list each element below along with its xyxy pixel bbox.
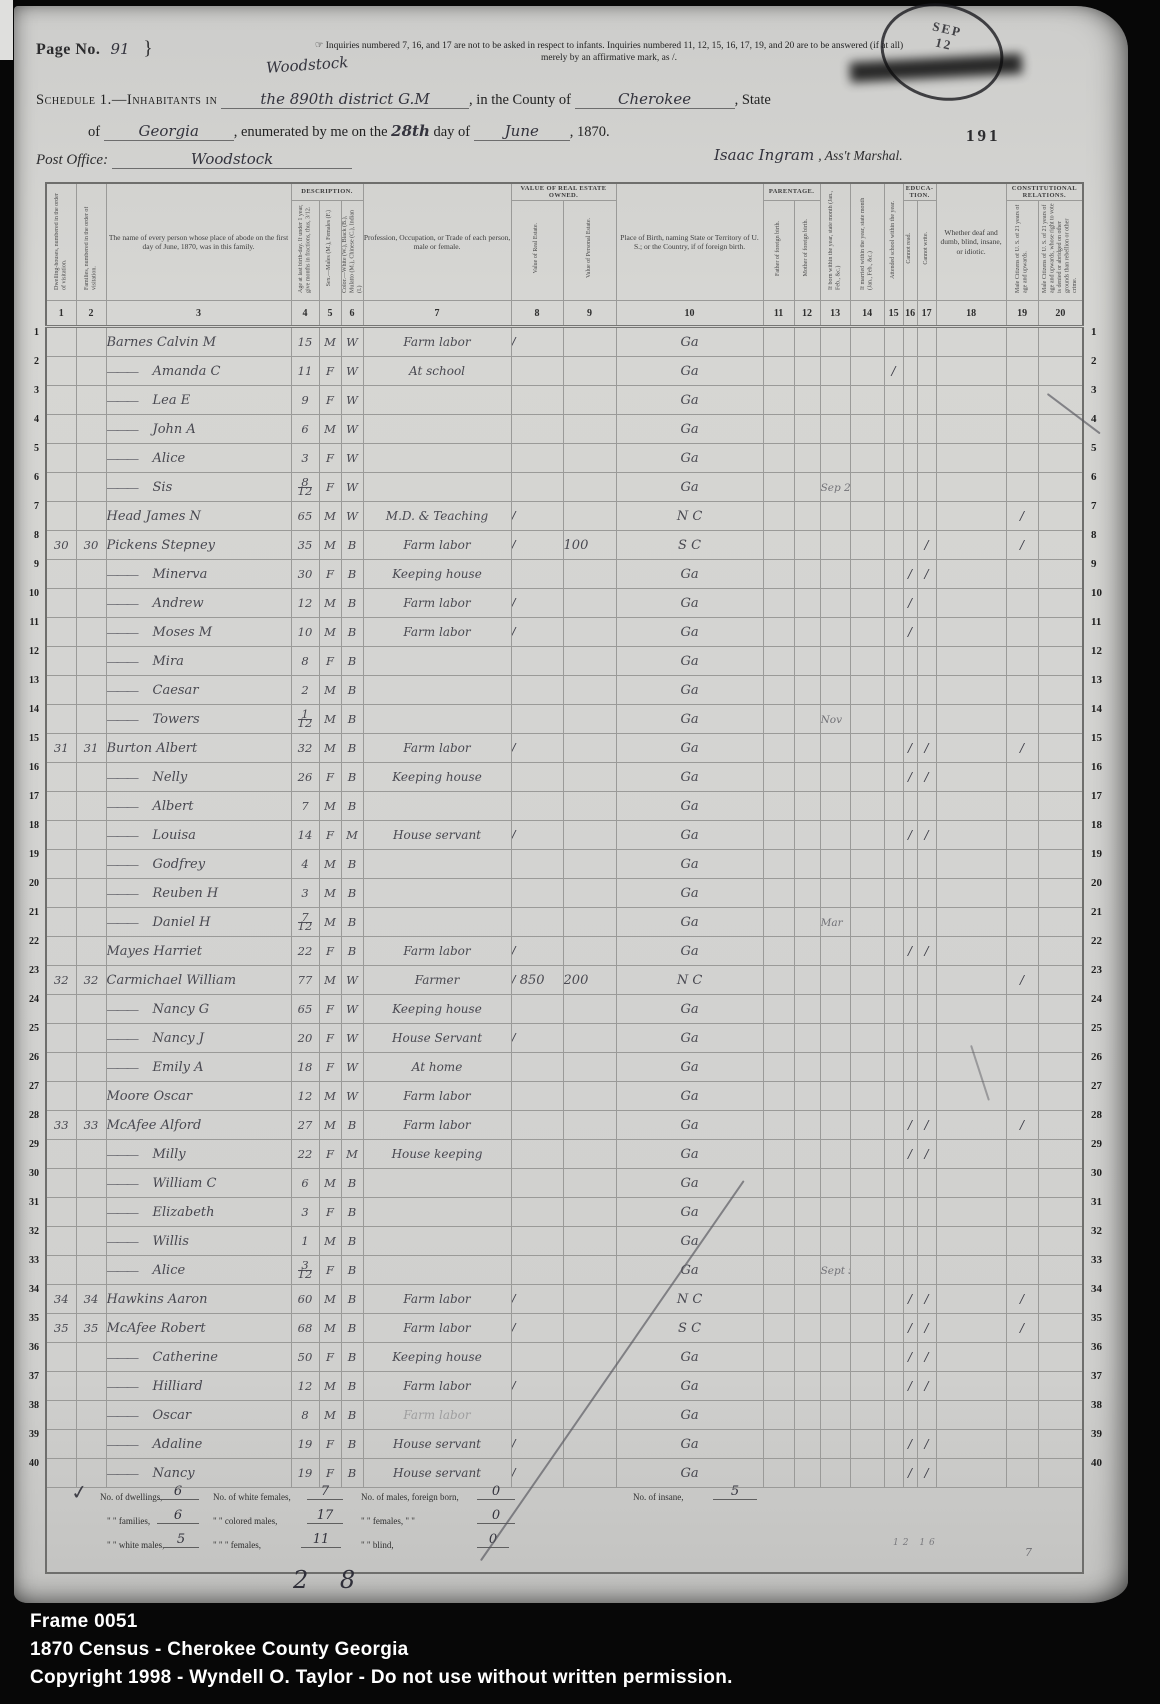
cell-sex: F [319,1198,341,1227]
cell-sex: M [319,966,341,995]
cell-birthplace: Ga [616,386,763,415]
col-header-male-citizens-denied: Male Citizens of U. S. of 21 years of ag… [1038,201,1083,301]
cell-age: 1 [291,1227,319,1256]
cell-married-month [850,908,884,937]
cell-mother-foreign [794,589,820,618]
cell-age: 60 [291,1285,319,1314]
cell-citizen: / [1006,1111,1038,1140]
cell-color: B [341,676,363,705]
cell-mother-foreign [794,1140,820,1169]
cell-married-month [850,502,884,531]
cell-real-estate [511,1401,563,1430]
cell-personal-estate [563,357,616,386]
cell-father-foreign [763,1401,794,1430]
cell-real-estate: / [511,821,563,850]
table-row: ———Nelly26FBKeeping houseGa// [46,763,1083,792]
cell-color: B [341,560,363,589]
cell-sex: M [319,908,341,937]
row-number: 28 [1084,1101,1110,1130]
cell-attended-school [884,908,903,937]
cell-occupation [363,1198,511,1227]
cell-mother-foreign [794,995,820,1024]
cell-disabilities [936,1401,1006,1430]
cell-father-foreign [763,473,794,502]
cell-disabilities [936,415,1006,444]
row-number: 22 [1084,927,1110,956]
cell-citizen: / [1006,1314,1038,1343]
cell-attended-school [884,879,903,908]
cell-age: 27 [291,1111,319,1140]
cell-name: ———Sis [106,473,291,502]
cell-born-month [820,676,850,705]
row-number: 31 [1084,1188,1110,1217]
cell-born-month [820,502,850,531]
cell-dwelling-no [46,1082,76,1111]
cell-cannot-read [903,531,917,560]
cell-mother-foreign [794,531,820,560]
col-header-cannot-write: Cannot write. [917,201,936,301]
cell-family-no [76,1198,106,1227]
cell-dwelling-no: 33 [46,1111,76,1140]
cell-color: W [341,327,363,357]
cell-birthplace: Ga [616,473,763,502]
row-number: 9 [1084,550,1110,579]
cell-age: 4 [291,850,319,879]
cell-citizen-denied [1038,647,1083,676]
cell-disabilities [936,531,1006,560]
cell-attended-school [884,763,903,792]
cell-cannot-write: / [917,821,936,850]
cell-cannot-read [903,386,917,415]
cell-name: ———Louisa [106,821,291,850]
cell-married-month [850,1256,884,1285]
females-foreign-label: " " females, " " [361,1516,415,1526]
table-row: ———Minerva30FBKeeping houseGa// [46,560,1083,589]
row-number: 40 [1084,1449,1110,1478]
cell-family-no [76,676,106,705]
cell-birthplace: Ga [616,821,763,850]
colored-females-label: " " " females, [213,1540,261,1550]
cell-citizen [1006,705,1038,734]
table-row: Barnes Calvin M15MWFarm labor/Ga [46,327,1083,357]
district-value: the 890th district G.M [221,90,469,109]
cell-citizen-denied [1038,357,1083,386]
row-number: 13 [16,666,42,695]
row-number: 11 [1084,608,1110,637]
cell-cannot-read [903,1227,917,1256]
column-number: 3 [106,301,291,327]
cell-father-foreign [763,995,794,1024]
cell-real-estate [511,1053,563,1082]
cell-occupation: M.D. & Teaching [363,502,511,531]
cell-mother-foreign [794,705,820,734]
cell-name: ———Daniel H [106,908,291,937]
cell-disabilities [936,1082,1006,1111]
cell-born-month [820,618,850,647]
cell-personal-estate [563,415,616,444]
county-value: Cherokee [575,90,735,109]
cell-color: M [341,821,363,850]
col-header-sex: Sex.—Males (M.), Females (F.) [319,201,341,301]
cell-born-month [820,1198,850,1227]
cell-cannot-write [917,1053,936,1082]
cell-married-month [850,531,884,560]
group-description: Description. [291,183,363,201]
cell-born-month [820,763,850,792]
cell-name: ———Nancy G [106,995,291,1024]
cell-occupation [363,850,511,879]
cell-father-foreign [763,1430,794,1459]
scribble-7: 7 [1025,1546,1032,1559]
cell-family-no: 30 [76,531,106,560]
table-row: Head James N65MWM.D. & Teaching/N C/ [46,502,1083,531]
post-office-label: Post Office: [36,152,108,168]
cell-father-foreign [763,792,794,821]
row-number: 40 [16,1449,42,1478]
cell-real-estate: / [511,1285,563,1314]
cell-real-estate [511,1256,563,1285]
column-number: 14 [850,301,884,327]
cell-age: 20 [291,1024,319,1053]
cell-family-no [76,850,106,879]
cell-father-foreign [763,1198,794,1227]
cell-cannot-write [917,1169,936,1198]
brace: } [144,38,153,59]
cell-sex: M [319,792,341,821]
cell-citizen-denied [1038,1401,1083,1430]
cell-cannot-read [903,995,917,1024]
cell-real-estate [511,1111,563,1140]
cell-married-month [850,560,884,589]
cell-born-month [820,1285,850,1314]
cell-family-no: 34 [76,1285,106,1314]
cell-family-no [76,647,106,676]
cell-mother-foreign [794,1024,820,1053]
cell-citizen-denied [1038,1140,1083,1169]
cell-mother-foreign [794,1372,820,1401]
cell-citizen-denied [1038,705,1083,734]
group-constitutional: Constitutional Relations. [1006,183,1083,201]
cell-birthplace: Ga [616,995,763,1024]
cell-birthplace: Ga [616,1053,763,1082]
cell-birthplace: S C [616,531,763,560]
cell-attended-school: / [884,357,903,386]
cell-born-month [820,1082,850,1111]
cell-married-month [850,618,884,647]
cell-attended-school [884,1401,903,1430]
row-number: 34 [16,1275,42,1304]
row-number: 16 [16,753,42,782]
cell-citizen [1006,386,1038,415]
cell-name: ———Elizabeth [106,1198,291,1227]
cell-age: 26 [291,763,319,792]
cell-personal-estate [563,937,616,966]
day-of-label: day of [434,124,471,140]
cell-born-month [820,560,850,589]
col-header-real-estate: Value of Real Estate. [511,201,563,301]
cell-citizen-denied [1038,444,1083,473]
cell-family-no: 35 [76,1314,106,1343]
cell-personal-estate [563,1053,616,1082]
cell-citizen-denied [1038,1256,1083,1285]
cell-citizen [1006,473,1038,502]
col-header-age: Age at last birth-day. If under 1 year, … [291,201,319,301]
cell-father-foreign [763,705,794,734]
cell-father-foreign [763,821,794,850]
stamp-day: 12 [934,34,954,52]
cell-age: 22 [291,937,319,966]
cell-citizen [1006,357,1038,386]
enumerated-label: , enumerated by me on the [234,124,388,140]
cell-disabilities [936,792,1006,821]
cell-color: B [341,531,363,560]
cell-citizen-denied [1038,1024,1083,1053]
cell-citizen [1006,1227,1038,1256]
col-header-mother-foreign: Mother of foreign birth. [794,201,820,301]
cell-age: 15 [291,327,319,357]
cell-married-month [850,327,884,357]
table-row: ———Nancy G65FWKeeping houseGa [46,995,1083,1024]
cell-color: B [341,1169,363,1198]
cell-citizen [1006,618,1038,647]
cell-age: 712 [291,908,319,937]
cell-disabilities [936,444,1006,473]
cell-sex: F [319,647,341,676]
cell-citizen [1006,327,1038,357]
white-females-value: 7 [307,1484,343,1500]
cell-personal-estate [563,763,616,792]
cell-name: ———Towers [106,705,291,734]
row-number: 19 [16,840,42,869]
cell-sex: F [319,1430,341,1459]
cell-married-month [850,1343,884,1372]
cell-father-foreign [763,386,794,415]
cell-color: W [341,1082,363,1111]
table-row: ———Elizabeth3FBGa [46,1198,1083,1227]
cell-mother-foreign [794,908,820,937]
cell-citizen [1006,589,1038,618]
col-header-disabilities: Whether deaf and dumb, blind, insane, or… [936,183,1006,301]
cell-occupation: Farm labor [363,1082,511,1111]
cell-married-month [850,966,884,995]
cell-age: 812 [291,473,319,502]
cell-real-estate [511,763,563,792]
cell-citizen-denied [1038,1169,1083,1198]
row-number: 29 [1084,1130,1110,1159]
cell-cannot-write [917,850,936,879]
footer-tally: ✓ No. of dwellings, 6 No. of white femal… [45,1478,1082,1598]
scan-edge-sliver [0,0,13,60]
cell-mother-foreign [794,966,820,995]
cell-cannot-write [917,879,936,908]
cell-citizen-denied [1038,1053,1083,1082]
cell-cannot-write: / [917,937,936,966]
cell-dwelling-no [46,502,76,531]
dwellings-label: No. of dwellings, [100,1492,163,1502]
cell-family-no [76,1227,106,1256]
cell-cannot-read [903,676,917,705]
white-males-label: " " white males, [107,1540,164,1550]
cell-attended-school [884,995,903,1024]
table-row: ———Moses M10MBFarm labor/Ga/ [46,618,1083,647]
col-header-families: Families, numbered in the order of visit… [76,183,106,301]
cell-attended-school [884,444,903,473]
cell-birthplace: Ga [616,618,763,647]
row-number: 1 [1084,318,1110,347]
insane-label: No. of insane, [633,1492,684,1502]
cell-cannot-read [903,1401,917,1430]
cell-citizen [1006,1430,1038,1459]
cell-family-no [76,705,106,734]
cell-mother-foreign [794,763,820,792]
row-number: 30 [16,1159,42,1188]
cell-attended-school [884,705,903,734]
cell-occupation [363,647,511,676]
cell-occupation: House servant [363,1430,511,1459]
cell-mother-foreign [794,647,820,676]
county-label: , in the County of [469,92,571,108]
cell-citizen [1006,850,1038,879]
cell-born-month [820,415,850,444]
cell-mother-foreign [794,357,820,386]
cell-born-month [820,327,850,357]
row-number: 25 [1084,1014,1110,1043]
cell-father-foreign [763,1024,794,1053]
cell-attended-school [884,937,903,966]
cell-birthplace: Ga [616,1111,763,1140]
cell-age: 12 [291,1372,319,1401]
table-row: ———John A6MWGa [46,415,1083,444]
cell-sex: M [319,327,341,357]
cell-cannot-read: / [903,821,917,850]
cell-dwelling-no [46,386,76,415]
cell-color: M [341,1140,363,1169]
cell-personal-estate [563,1256,616,1285]
cell-personal-estate [563,502,616,531]
cell-cannot-write: / [917,763,936,792]
cell-attended-school [884,966,903,995]
cell-dwelling-no [46,676,76,705]
cell-dwelling-no [46,879,76,908]
cell-age: 18 [291,1053,319,1082]
table-row: ———Catherine50FBKeeping houseGa// [46,1343,1083,1372]
cell-color: B [341,1430,363,1459]
cell-mother-foreign [794,560,820,589]
table-row: 3434Hawkins Aaron60MBFarm labor/N C/// [46,1285,1083,1314]
white-males-value: 5 [163,1532,199,1548]
cell-real-estate [511,676,563,705]
cell-family-no [76,589,106,618]
cell-father-foreign [763,1140,794,1169]
cell-name: ———William C [106,1169,291,1198]
cell-occupation: Farm labor [363,589,511,618]
table-row: ———Alice312FBGaSept 5 p [46,1256,1083,1285]
cell-disabilities [936,879,1006,908]
cell-cannot-write [917,966,936,995]
cell-married-month [850,1314,884,1343]
cell-disabilities [936,502,1006,531]
cell-citizen-denied [1038,966,1083,995]
table-row: ———Mira8FBGa [46,647,1083,676]
col-header-father-foreign: Father of foreign birth. [763,201,794,301]
cell-occupation: Farm labor [363,937,511,966]
cell-personal-estate [563,386,616,415]
table-row: Moore Oscar12MWFarm laborGa [46,1082,1083,1111]
cell-sex: M [319,1111,341,1140]
cell-occupation [363,792,511,821]
cell-attended-school [884,1285,903,1314]
column-number: 2 [76,301,106,327]
cell-occupation: Farm labor [363,1372,511,1401]
cell-mother-foreign [794,1111,820,1140]
cell-citizen-denied [1038,1082,1083,1111]
cell-personal-estate [563,995,616,1024]
col-header-name: The name of every person whose place of … [106,183,291,301]
column-number: 8 [511,301,563,327]
cell-sex: M [319,734,341,763]
cell-cannot-write: / [917,734,936,763]
cell-cannot-write: / [917,560,936,589]
cell-dwelling-no [46,415,76,444]
cell-citizen-denied [1038,1430,1083,1459]
cell-attended-school [884,502,903,531]
cell-name: ———Alice [106,444,291,473]
cell-family-no [76,618,106,647]
cell-color: B [341,705,363,734]
of-label: of [88,124,100,140]
cell-name: Hawkins Aaron [106,1285,291,1314]
table-row: ———Towers112MBGaNov [46,705,1083,734]
cell-cannot-write [917,386,936,415]
row-number: 36 [16,1333,42,1362]
cell-sex: F [319,357,341,386]
cell-personal-estate [563,821,616,850]
cell-dwelling-no [46,1169,76,1198]
cell-married-month [850,415,884,444]
cell-mother-foreign [794,1314,820,1343]
cell-disabilities [936,995,1006,1024]
cell-married-month [850,647,884,676]
cell-name: Head James N [106,502,291,531]
row-number: 35 [16,1304,42,1333]
cell-father-foreign [763,966,794,995]
cell-disabilities [936,1285,1006,1314]
cell-married-month [850,1024,884,1053]
cell-personal-estate [563,1198,616,1227]
cell-married-month [850,473,884,502]
cell-citizen-denied [1038,1111,1083,1140]
col-header-male-citizens: Male Citizens of U. S. of 21 years of ag… [1006,201,1038,301]
cell-real-estate [511,850,563,879]
cell-occupation: Farm labor [363,734,511,763]
cell-personal-estate [563,1169,616,1198]
cell-dwelling-no [46,618,76,647]
cell-cannot-write [917,444,936,473]
cell-family-no [76,995,106,1024]
cell-citizen [1006,763,1038,792]
cell-color: B [341,937,363,966]
cell-birthplace: Ga [616,357,763,386]
cell-cannot-read [903,879,917,908]
cell-occupation [363,676,511,705]
cell-citizen-denied [1038,327,1083,357]
cell-age: 2 [291,676,319,705]
row-number: 14 [16,695,42,724]
cell-sex: F [319,763,341,792]
cell-family-no [76,763,106,792]
cell-occupation: House servant [363,821,511,850]
cell-sex: F [319,1343,341,1372]
